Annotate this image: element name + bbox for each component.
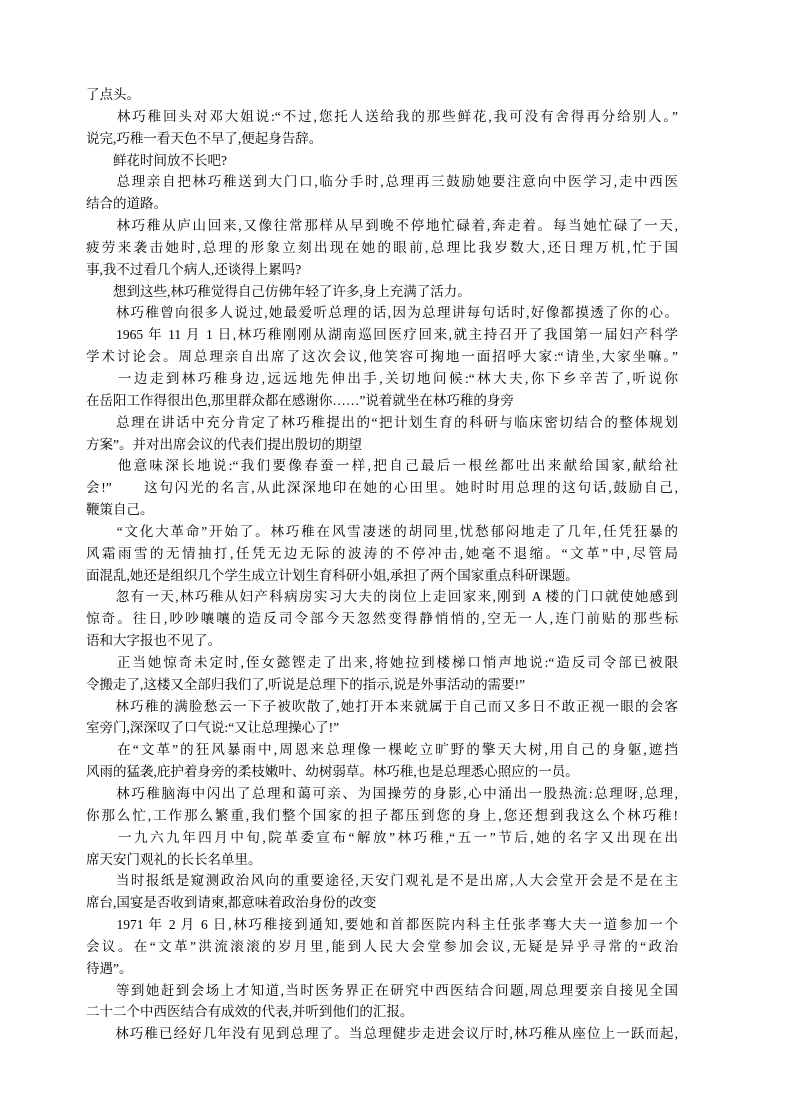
text-line: 惊奇。往日,吵吵嚷嚷的造反司令部今天忽然变得静悄悄的,空无一人,连门前贴的那些标 bbox=[86, 608, 678, 630]
text-line: 鲜花时间放不长吧? bbox=[86, 150, 678, 172]
text-line: 他意味深长地说:“我们要像春蚕一样,把自己最后一根丝都吐出来献给国家,献给社 bbox=[86, 455, 678, 477]
text-line: 林巧稚从庐山回来,又像往常那样从早到晚不停地忙碌着,奔走着。每当她忙碌了一天, bbox=[86, 215, 678, 237]
text-line: 林巧稚回头对邓大姐说:“不过,您托人送给我的那些鲜花,我可没有舍得再分给别人。” bbox=[86, 106, 678, 128]
text-line: 想到这些,林巧稚觉得自己仿佛年轻了许多,身上充满了活力。 bbox=[86, 281, 678, 303]
text-line: 席台,国宴是否收到请柬,都意味着政治身份的改变 bbox=[86, 892, 678, 914]
text-line: “文化大革命”开始了。林巧稚在风雪凄迷的胡同里,忧愁郁闷地走了几年,任凭狂暴的 bbox=[86, 521, 678, 543]
text-line: 等到她赶到会场上才知道,当时医务界正在研究中西医结合问题,周总理要亲自接见全国 bbox=[86, 980, 678, 1002]
text-line: 一边走到林巧稚身边,远远地先伸出手,关切地问候:“林大夫,你下乡辛苦了,听说你 bbox=[86, 368, 678, 390]
text-line: 室旁门,深深叹了口气说:“又让总理操心了!” bbox=[86, 717, 678, 739]
text-line: 了点头。 bbox=[86, 84, 678, 106]
text-line: 鞭策自己。 bbox=[86, 499, 678, 521]
text-line: 忽有一天,林巧稚从妇产科病房实习大夫的岗位上走回家来,刚到 A 楼的门口就使她感… bbox=[86, 586, 678, 608]
text-line: 学术讨论会。周总理亲自出席了这次会议,他笑容可掬地一面招呼大家:“请坐,大家坐嘛… bbox=[86, 346, 678, 368]
text-line: 1965 年 11 月 1 日,林巧稚刚刚从湖南巡回医疗回来,就主持召开了我国第… bbox=[86, 324, 678, 346]
text-line: 会!” 这句闪光的名言,从此深深地印在她的心田里。她时时用总理的这句话,鼓励自己… bbox=[86, 477, 678, 499]
text-line: 林巧稚的满脸愁云一下子被吹散了,她打开本来就属于自己而又多日不敢正视一眼的会客 bbox=[86, 696, 678, 718]
text-line: 说完,巧稚一看天色不早了,便起身告辞。 bbox=[86, 128, 678, 150]
text-line: 在“文革”的狂风暴雨中,周恩来总理像一棵屹立旷野的擎天大树,用自己的身躯,遮挡 bbox=[86, 739, 678, 761]
text-block: 了点头。 林巧稚回头对邓大姐说:“不过,您托人送给我的那些鲜花,我可没有舍得再分… bbox=[86, 84, 678, 1045]
text-line: 你那么忙,工作那么繁重,我们整个国家的担子都压到您的身上,您还想到我这么个林巧稚… bbox=[86, 805, 678, 827]
text-line: 1971 年 2 月 6 日,林巧稚接到通知,要她和首都医院内科主任张孝骞大夫一… bbox=[86, 914, 678, 936]
text-line: 待遇”。 bbox=[86, 958, 678, 980]
text-line: 一九六九年四月中旬,院革委宣布“解放”林巧稚,“五一”节后,她的名字又出现在出 bbox=[86, 827, 678, 849]
text-line: 二十二个中西医结合有成效的代表,并听到他们的汇报。 bbox=[86, 1001, 678, 1023]
text-line: 事,我不过看几个病人,还谈得上累吗? bbox=[86, 259, 678, 281]
text-line: 会议。在“文革”洪流滚滚的岁月里,能到人民大会堂参加会议,无疑是异乎寻常的“政治 bbox=[86, 936, 678, 958]
document-page: 了点头。 林巧稚回头对邓大姐说:“不过,您托人送给我的那些鲜花,我可没有舍得再分… bbox=[0, 0, 800, 1100]
text-line: 语和大字报也不见了。 bbox=[86, 630, 678, 652]
text-line: 林巧稚曾向很多人说过,她最爱听总理的话,因为总理讲每句话时,好像都摸透了你的心。 bbox=[86, 302, 678, 324]
text-line: 面混乱,她还是组织几个学生成立计划生育科研小姐,承担了两个国家重点科研课题。 bbox=[86, 565, 678, 587]
text-line: 林巧稚已经好几年没有见到总理了。当总理健步走进会议厅时,林巧稚从座位上一跃而起, bbox=[86, 1023, 678, 1045]
text-line: 令搬走了,这楼又全部归我们了,听说是总理下的指示,说是外事活动的需要!” bbox=[86, 674, 678, 696]
text-line: 在岳阳工作得很出色,那里群众都在感谢你……”说着就坐在林巧稚的身旁 bbox=[86, 390, 678, 412]
text-line: 席天安门观礼的长长名单里。 bbox=[86, 849, 678, 871]
text-line: 方案”。并对出席会议的代表们提出殷切的期望 bbox=[86, 434, 678, 456]
text-line: 风雨的猛袭,庇护着身旁的柔枝嫩叶、幼树弱草。林巧稚,也是总理悉心照应的一员。 bbox=[86, 761, 678, 783]
text-line: 正当她惊奇未定时,侄女懿铿走了出来,将她拉到楼梯口悄声地说:“造反司令部已被限 bbox=[86, 652, 678, 674]
text-line: 结合的道路。 bbox=[86, 193, 678, 215]
text-line: 总理在讲话中充分肯定了林巧稚提出的“把计划生育的科研与临床密切结合的整体规划 bbox=[86, 412, 678, 434]
text-line: 疲劳来袭击她时,总理的形象立刻出现在她的眼前,总理比我岁数大,还日理万机,忙于国 bbox=[86, 237, 678, 259]
text-line: 总理亲自把林巧稚送到大门口,临分手时,总理再三鼓励她要注意向中医学习,走中西医 bbox=[86, 171, 678, 193]
text-line: 林巧稚脑海中闪出了总理和蔼可亲、为国操劳的身影,心中涌出一股热流:总理呀,总理, bbox=[86, 783, 678, 805]
text-line: 风霜雨雪的无情抽打,任凭无边无际的波涛的不停冲击,她毫不退缩。“文革”中,尽管局 bbox=[86, 543, 678, 565]
text-line: 当时报纸是窥测政治风向的重要途径,天安门观礼是不是出席,人大会堂开会是不是在主 bbox=[86, 870, 678, 892]
